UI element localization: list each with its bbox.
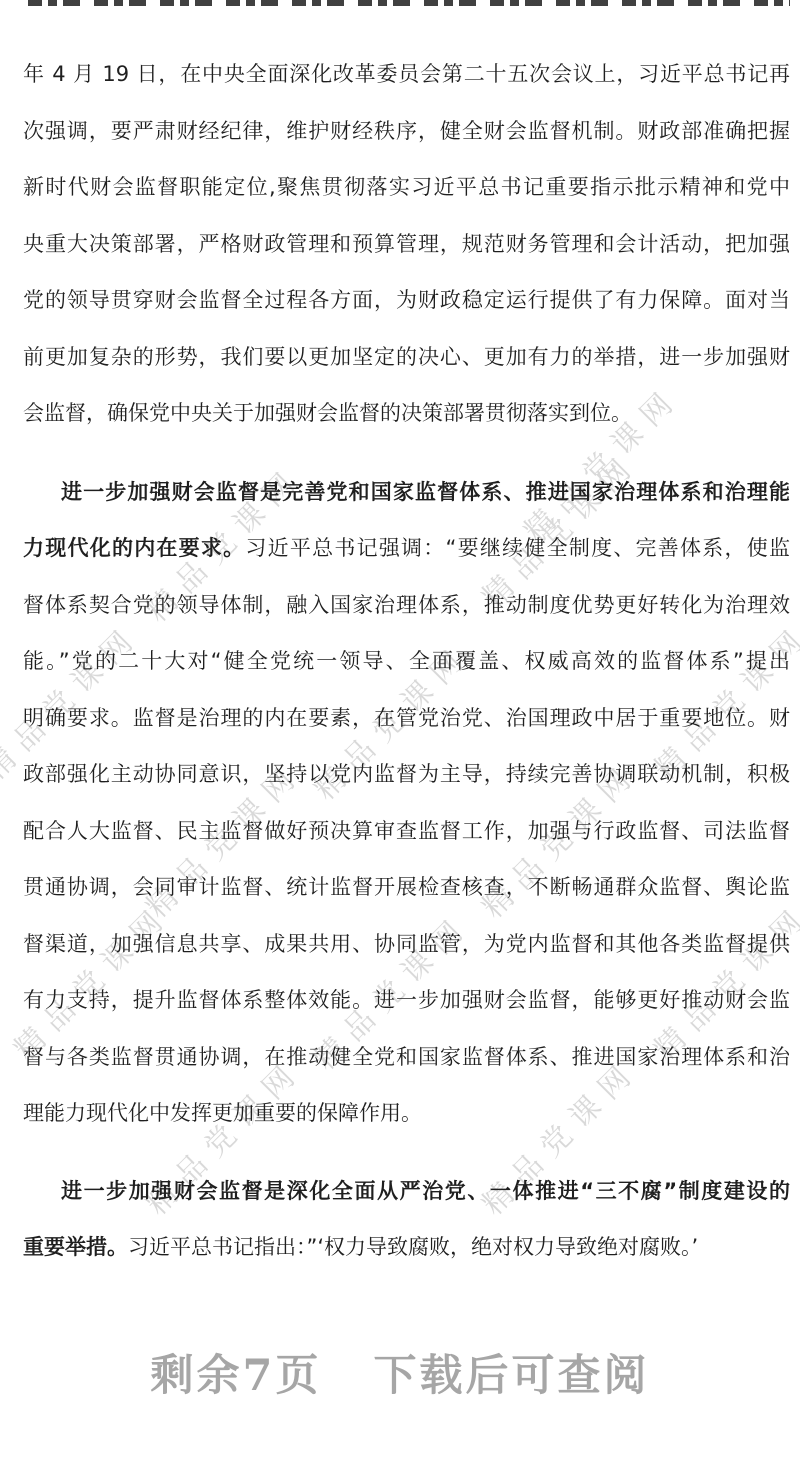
bold-text-segment: 进一步加强财会监督是深化全面从严治党、一体推进“三不腐”制度建设的 xyxy=(61,1179,790,1203)
text-segment: 有力支持，提升监督体系整体效能。进一步加强财会监督，能够更好推动财会监 xyxy=(23,988,790,1012)
document-preview-page: 精品党课网精品党课网精品党课网精品党课网精品党课网精品党课网精品党课网精品党课网… xyxy=(0,0,800,1457)
text-segment: 年 4 月 19 日，在中央全面深化改革委员会第二十五次会议上，习近平总书记再 xyxy=(23,62,790,86)
text-segment: 党的领导贯穿财会监督全过程各方面，为财政稳定运行提供了有力保障。面对当 xyxy=(23,288,790,312)
text-line: 会监督，确保党中央关于加强财会监督的决策部署贯彻落实到位。 xyxy=(23,385,790,442)
remaining-pages-notice: 剩余7页下载后可查阅 xyxy=(0,1352,800,1400)
text-line: 力现代化的内在要求。习近平总书记强调：“要继续健全制度、完善体系，使监 xyxy=(23,520,790,577)
text-line: 能。”党的二十大对“健全党统一领导、全面覆盖、权威高效的监督体系”提出 xyxy=(23,633,790,690)
document-body: 年 4 月 19 日，在中央全面深化改革委员会第二十五次会议上，习近平总书记再次… xyxy=(23,0,790,1276)
text-line: 理能力现代化中发挥更加重要的保障作用。 xyxy=(23,1085,790,1142)
text-segment: 次强调，要严肃财经纪律，维护财经秩序，健全财会监督机制。财政部准确把握 xyxy=(23,119,790,143)
text-line: 年 4 月 19 日，在中央全面深化改革委员会第二十五次会议上，习近平总书记再 xyxy=(23,46,790,103)
bold-text-segment: 力现代化的内在要求。 xyxy=(23,536,245,560)
text-line: 央重大决策部署，严格财政管理和预算管理，规范财务管理和会计活动，把加强 xyxy=(23,216,790,273)
text-line: 督渠道，加强信息共享、成果共用、协同监管，为党内监督和其他各类监督提供 xyxy=(23,916,790,973)
text-segment: 配合人大监督、民主监督做好预决算审查监督工作，加强与行政监督、司法监督 xyxy=(23,819,790,843)
text-line: 政部强化主动协同意识，坚持以党内监督为主导，持续完善协调联动机制，积极 xyxy=(23,746,790,803)
text-segment: 理能力现代化中发挥更加重要的保障作用。 xyxy=(23,1101,422,1125)
text-line: 党的领导贯穿财会监督全过程各方面，为财政稳定运行提供了有力保障。面对当 xyxy=(23,272,790,329)
text-segment: 明确要求。监督是治理的内在要素，在管党治党、治国理政中居于重要地位。财 xyxy=(23,706,790,730)
download-hint-label: 下载后可查阅 xyxy=(373,1351,649,1401)
text-line: 前更加复杂的形势，我们要以更加坚定的决心、更加有力的举措，进一步加强财 xyxy=(23,329,790,386)
text-line: 督与各类监督贯通协调，在推动健全党和国家监督体系、推进国家治理体系和治 xyxy=(23,1029,790,1086)
text-segment: 贯通协调，会同审计监督、统计监督开展检查核查，不断畅通群众监督、舆论监 xyxy=(23,875,790,899)
bold-text-segment: 进一步加强财会监督是完善党和国家监督体系、推进国家治理体系和治理能 xyxy=(61,480,790,504)
text-line: 有力支持，提升监督体系整体效能。进一步加强财会监督，能够更好推动财会监 xyxy=(23,972,790,1029)
text-segment: 习近平总书记强调：“要继续健全制度、完善体系，使监 xyxy=(245,536,790,560)
text-line: 新时代财会监督职能定位,聚焦贯彻落实习近平总书记重要指示批示精神和党中 xyxy=(23,159,790,216)
text-segment: 政部强化主动协同意识，坚持以党内监督为主导，持续完善协调联动机制，积极 xyxy=(23,762,790,786)
paragraph: 年 4 月 19 日，在中央全面深化改革委员会第二十五次会议上，习近平总书记再次… xyxy=(23,46,790,442)
text-line: 明确要求。监督是治理的内在要素，在管党治党、治国理政中居于重要地位。财 xyxy=(23,690,790,747)
remaining-pages-label: 剩余7页 xyxy=(151,1351,322,1401)
text-segment: 前更加复杂的形势，我们要以更加坚定的决心、更加有力的举措，进一步加强财 xyxy=(23,345,790,369)
text-line: 督体系契合党的领导体制，融入国家治理体系，推动制度优势更好转化为治理效 xyxy=(23,577,790,634)
text-segment: 督渠道，加强信息共享、成果共用、协同监管，为党内监督和其他各类监督提供 xyxy=(23,932,790,956)
text-segment: 督与各类监督贯通协调，在推动健全党和国家监督体系、推进国家治理体系和治 xyxy=(23,1045,790,1069)
text-line: 配合人大监督、民主监督做好预决算审查监督工作，加强与行政监督、司法监督 xyxy=(23,803,790,860)
text-line: 进一步加强财会监督是完善党和国家监督体系、推进国家治理体系和治理能 xyxy=(23,464,790,521)
paragraph: 进一步加强财会监督是深化全面从严治党、一体推进“三不腐”制度建设的重要举措。习近… xyxy=(23,1163,790,1276)
paragraph: 进一步加强财会监督是完善党和国家监督体系、推进国家治理体系和治理能力现代化的内在… xyxy=(23,464,790,1142)
text-line: 重要举措。习近平总书记指出：”‘权力导致腐败，绝对权力导致绝对腐败。’ xyxy=(23,1219,790,1276)
text-segment: 督体系契合党的领导体制，融入国家治理体系，推动制度优势更好转化为治理效 xyxy=(23,593,790,617)
text-line: 贯通协调，会同审计监督、统计监督开展检查核查，不断畅通群众监督、舆论监 xyxy=(23,859,790,916)
text-segment: 新时代财会监督职能定位,聚焦贯彻落实习近平总书记重要指示批示精神和党中 xyxy=(23,175,790,199)
text-segment: 会监督，确保党中央关于加强财会监督的决策部署贯彻落实到位。 xyxy=(23,401,632,425)
bold-text-segment: 重要举措。 xyxy=(23,1235,128,1259)
text-line: 进一步加强财会监督是深化全面从严治党、一体推进“三不腐”制度建设的 xyxy=(23,1163,790,1220)
text-segment: 习近平总书记指出：”‘权力导致腐败，绝对权力导致绝对腐败。’ xyxy=(128,1235,698,1259)
text-line: 次强调，要严肃财经纪律，维护财经秩序，健全财会监督机制。财政部准确把握 xyxy=(23,103,790,160)
text-segment: 央重大决策部署，严格财政管理和预算管理，规范财务管理和会计活动，把加强 xyxy=(23,232,790,256)
text-segment: 能。”党的二十大对“健全党统一领导、全面覆盖、权威高效的监督体系”提出 xyxy=(23,649,790,673)
